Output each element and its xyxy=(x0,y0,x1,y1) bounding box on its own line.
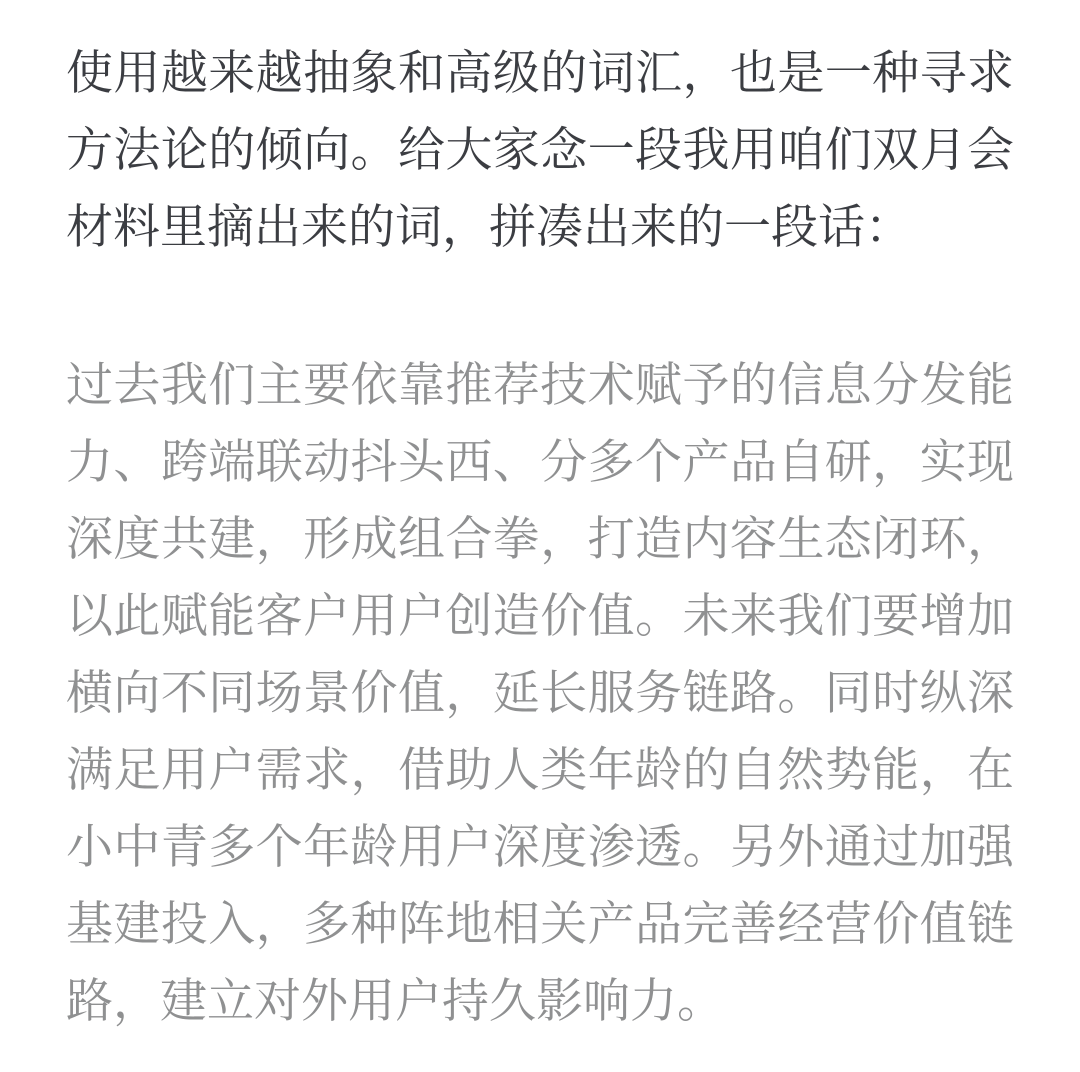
article-page: 使用越来越抽象和高级的词汇，也是一种寻求方法论的倾向。给大家念一段我用咱们双月会… xyxy=(0,0,1080,1072)
quote-paragraph: 过去我们主要依靠推荐技术赋予的信息分发能力、跨端联动抖头西、分多个产品自研，实现… xyxy=(66,346,1014,1039)
intro-paragraph: 使用越来越抽象和高级的词汇，也是一种寻求方法论的倾向。给大家念一段我用咱们双月会… xyxy=(66,34,1014,265)
